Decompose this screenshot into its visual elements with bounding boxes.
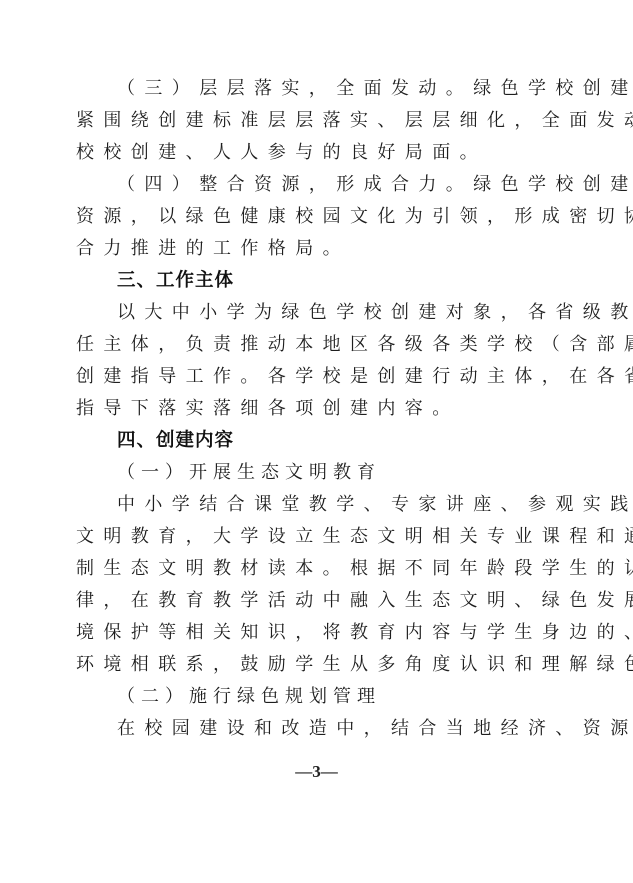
paragraph-line: （四）整合资源，形成合力。绿色学校创建要积极整合各方 <box>76 169 546 201</box>
paragraph-line: 律，在教育教学活动中融入生态文明、绿色发展、资源节约、环 <box>76 585 546 617</box>
paragraph-line: 创建指导工作。各学校是创建行动主体，在各省级教育行政部门 <box>76 361 546 393</box>
paragraph-line: （三）层层落实，全面发动。绿色学校创建要求各地各校紧 <box>76 73 546 105</box>
paragraph-line: 资源，以绿色健康校园文化为引领，形成密切协作、共同参与、 <box>76 201 546 233</box>
paragraph-line: 在校园建设和改造中，结合当地经济、资源、气候、环境及 <box>76 713 546 745</box>
paragraph-line: 环境相联系，鼓励学生从多角度认识和理解绿色发展。 <box>76 649 546 681</box>
paragraph-line: 文明教育，大学设立生态文明相关专业课程和通识课程，探索编 <box>76 521 546 553</box>
paragraph-line: 境保护等相关知识，将教育内容与学生身边的、当地的、日常的 <box>76 617 546 649</box>
subsection-heading-green-planning: （二）施行绿色规划管理 <box>76 681 546 713</box>
paragraph-line: 以大中小学为绿色学校创建对象，各省级教育行政部门是责 <box>76 297 546 329</box>
paragraph-line: 中小学结合课堂教学、专家讲座、参观实践等活动开展生态 <box>76 489 546 521</box>
paragraph-line: 校校创建、人人参与的良好局面。 <box>76 137 546 169</box>
paragraph-line: 任主体，负责推动本地区各级各类学校（含部属各高等学校）的 <box>76 329 546 361</box>
paragraph-line: 制生态文明教材读本。根据不同年龄段学生的认知水平和成长规 <box>76 553 546 585</box>
document-body: （三）层层落实，全面发动。绿色学校创建要求各地各校紧 紧围绕创建标准层层落实、层… <box>76 73 546 745</box>
section-heading-creation-content: 四、创建内容 <box>76 425 546 457</box>
section-heading-work-subject: 三、工作主体 <box>76 265 546 297</box>
paragraph-line: 指导下落实落细各项创建内容。 <box>76 393 546 425</box>
subsection-heading-eco-education: （一）开展生态文明教育 <box>76 457 546 489</box>
paragraph-line: 紧围绕创建标准层层落实、层层细化，全面发动师生员工，形成 <box>76 105 546 137</box>
document-page: （三）层层落实，全面发动。绿色学校创建要求各地各校紧 紧围绕创建标准层层落实、层… <box>0 0 633 883</box>
paragraph-line: 合力推进的工作格局。 <box>76 233 546 265</box>
page-number: —3— <box>0 762 633 782</box>
